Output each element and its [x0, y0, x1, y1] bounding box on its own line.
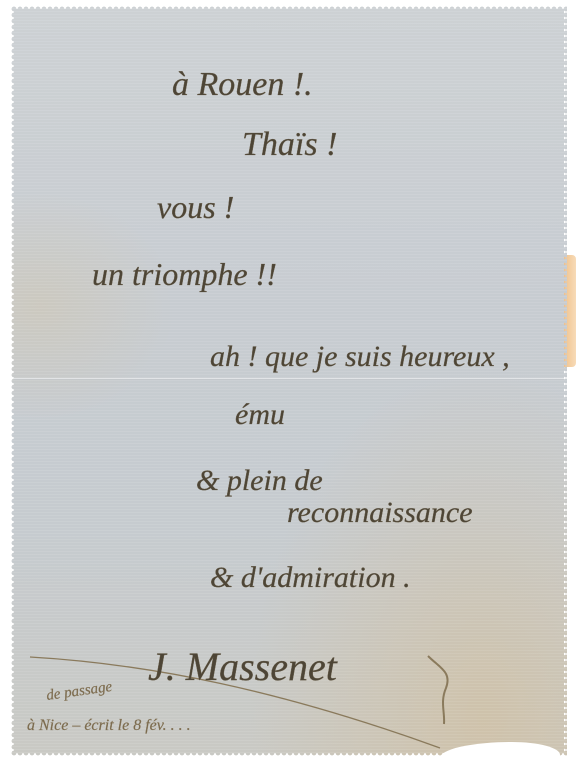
letter-line: & plein de	[196, 464, 323, 497]
letter-line: à Rouen !.	[172, 66, 313, 103]
postscript-line: à Nice – écrit le 8 fév. . . .	[27, 717, 191, 734]
letter-line: reconnaissance	[287, 496, 473, 529]
signature-flourish	[428, 656, 448, 724]
postscript-line: de passage	[45, 679, 113, 704]
letter-line: Thaïs !	[242, 126, 337, 163]
letter-line: & d'admiration .	[210, 561, 411, 594]
letter-line: ah ! que je suis heureux ,	[210, 340, 510, 373]
letter-scan: à Rouen !. Thaïs ! vous ! un triomphe !!…	[0, 0, 576, 763]
letter-line: un triomphe !!	[92, 256, 277, 292]
letter-line: vous !	[157, 189, 234, 225]
signature: J. Massenet	[148, 644, 338, 689]
letter-line: ému	[235, 398, 285, 431]
handwriting-layer: à Rouen !. Thaïs ! vous ! un triomphe !!…	[0, 0, 576, 763]
